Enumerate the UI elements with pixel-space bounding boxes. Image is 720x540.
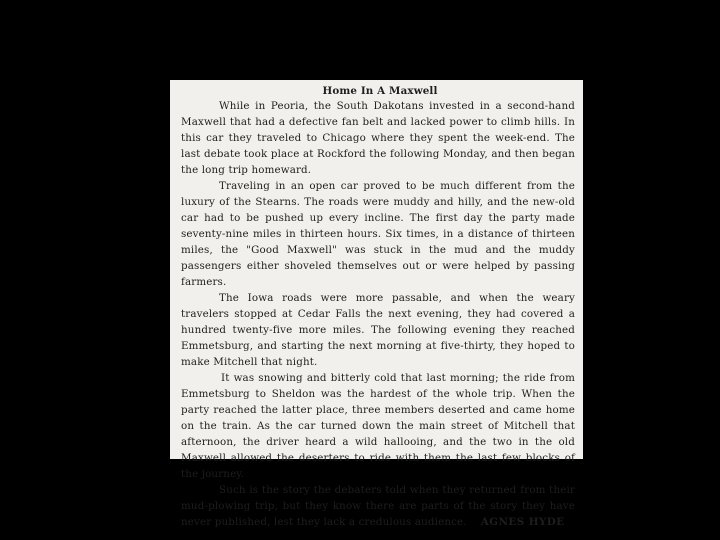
article-paragraph-4: It was snowing and bitterly cold that la… <box>181 370 575 482</box>
article-paragraph-3: The Iowa roads were more passable, and w… <box>181 290 575 370</box>
article-author: AGNES HYDE <box>481 516 565 528</box>
article-paragraph-5: Such is the story the debaters told when… <box>181 482 575 530</box>
article-paragraph-2: Traveling in an open car proved to be mu… <box>181 178 575 290</box>
article-title: Home In A Maxwell <box>181 84 575 98</box>
newspaper-clipping: Home In A Maxwell While in Peoria, the S… <box>170 80 583 459</box>
article-paragraph-1: While in Peoria, the South Dakotans inve… <box>181 98 575 178</box>
